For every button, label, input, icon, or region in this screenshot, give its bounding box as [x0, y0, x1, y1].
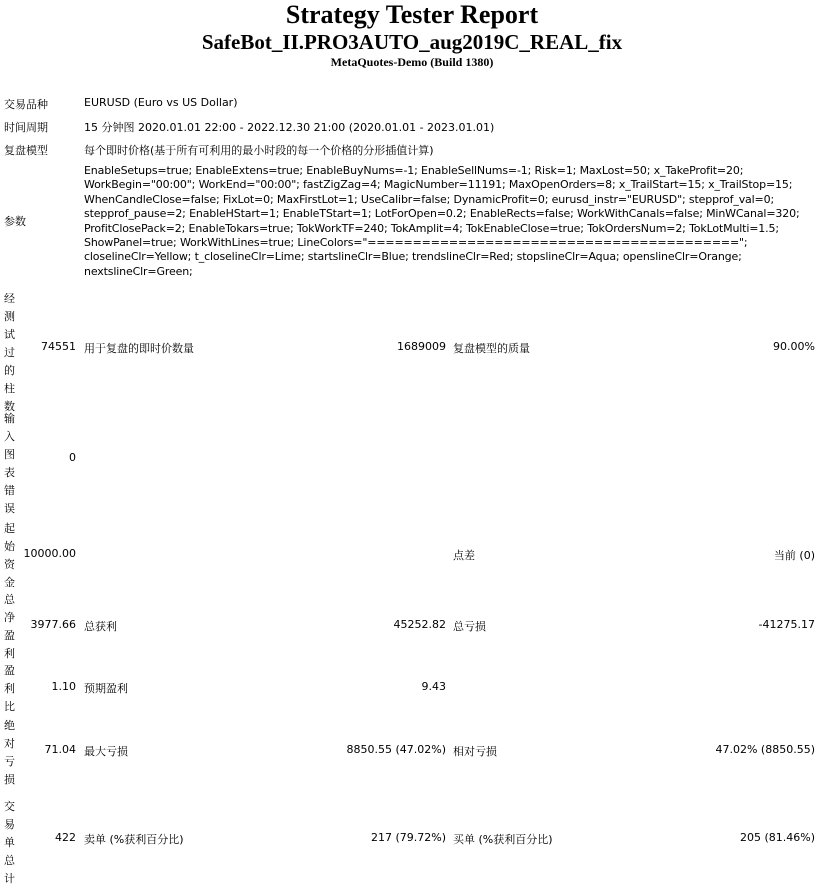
total-trades-value: 422: [55, 831, 76, 844]
expected-payoff-label: 预期盈利: [84, 680, 128, 696]
gross-loss-value: -41275.17: [759, 618, 815, 631]
params-line: ShowPanel=true; WorkWithLines=true; Line…: [84, 236, 820, 250]
spread-label: 点差: [453, 547, 475, 563]
period-row: 时间周期 15 分钟图 2020.01.01 22:00 - 2022.12.3…: [0, 119, 824, 135]
params-line: nextslineClr=Green;: [84, 265, 820, 279]
server-build: MetaQuotes-Demo (Build 1380): [0, 54, 824, 70]
max-drawdown-value: 8850.55 (47.02%): [346, 743, 446, 756]
max-drawdown-label: 最大亏损: [84, 743, 128, 759]
errors-value: 0: [69, 451, 76, 464]
long-positions-value: 205 (81.46%): [740, 831, 815, 844]
profit-factor-value: 1.10: [52, 680, 77, 693]
bars-label: 经测试过的柱数: [4, 290, 18, 416]
params-line: ProfitClosePack=2; EnableTokars=true; To…: [84, 222, 820, 236]
params-row: 参数 EnableSetups=true; EnableExtens=true;…: [0, 164, 824, 280]
abs-drawdown-label: 绝对亏损: [4, 717, 18, 789]
errors-label: 输入图表错误: [4, 410, 18, 518]
net-profit-value: 3977.66: [31, 618, 77, 631]
model-value: 每个即时价格(基于所有可利用的最小时段的每一个价格的分形插值计算): [84, 142, 434, 158]
gross-loss-label: 总亏损: [453, 618, 486, 634]
params-line: EnableSetups=true; EnableExtens=true; En…: [84, 164, 820, 178]
rel-drawdown-value: 47.02% (8850.55): [715, 743, 815, 756]
report-title: Strategy Tester Report: [0, 0, 824, 30]
spread-value: 当前 (0): [774, 547, 815, 563]
gross-profit-label: 总获利: [84, 618, 117, 634]
bars-value: 74551: [41, 340, 76, 353]
ticks-label: 用于复盘的即时价数量: [84, 340, 194, 356]
net-profit-label: 总净盈利: [4, 591, 18, 663]
gross-profit-value: 45252.82: [394, 618, 447, 631]
rel-drawdown-label: 相对亏损: [453, 743, 497, 759]
deposit-label: 起始资金: [4, 520, 18, 592]
short-positions-label: 卖单 (%获利百分比): [84, 831, 184, 847]
profit-factor-label: 盈利比: [4, 662, 18, 716]
short-positions-value: 217 (79.72%): [371, 831, 446, 844]
symbol-label: 交易品种: [4, 96, 48, 112]
params-value: EnableSetups=true; EnableExtens=true; En…: [84, 164, 820, 279]
model-quality-label: 复盘模型的质量: [453, 340, 530, 356]
symbol-value: EURUSD (Euro vs US Dollar): [84, 96, 238, 109]
model-row: 复盘模型 每个即时价格(基于所有可利用的最小时段的每一个价格的分形插值计算): [0, 142, 824, 158]
period-value: 15 分钟图 2020.01.01 22:00 - 2022.12.30 21:…: [84, 119, 494, 135]
params-line: stepprof_pause=2; EnableHStart=1; Enable…: [84, 207, 820, 221]
expected-payoff-value: 9.43: [422, 680, 447, 693]
abs-drawdown-value: 71.04: [45, 743, 77, 756]
params-line: WorkBegin="00:00"; WorkEnd="00:00"; fast…: [84, 178, 820, 192]
params-label: 参数: [4, 213, 26, 229]
params-line: closelineClr=Yellow; t_closelineClr=Lime…: [84, 250, 820, 264]
deposit-value: 10000.00: [24, 547, 77, 560]
model-quality-value: 90.00%: [773, 340, 815, 353]
symbol-row: 交易品种 EURUSD (Euro vs US Dollar): [0, 96, 824, 112]
ticks-value: 1689009: [397, 340, 446, 353]
expert-name: SafeBot_II.PRO3AUTO_aug2019C_REAL_fix: [0, 30, 824, 55]
total-trades-label: 交易单总计: [4, 798, 18, 887]
long-positions-label: 买单 (%获利百分比): [453, 831, 553, 847]
params-line: WhenCandleClose=false; FixLot=0; MaxFirs…: [84, 193, 820, 207]
model-label: 复盘模型: [4, 142, 48, 158]
period-label: 时间周期: [4, 119, 48, 135]
